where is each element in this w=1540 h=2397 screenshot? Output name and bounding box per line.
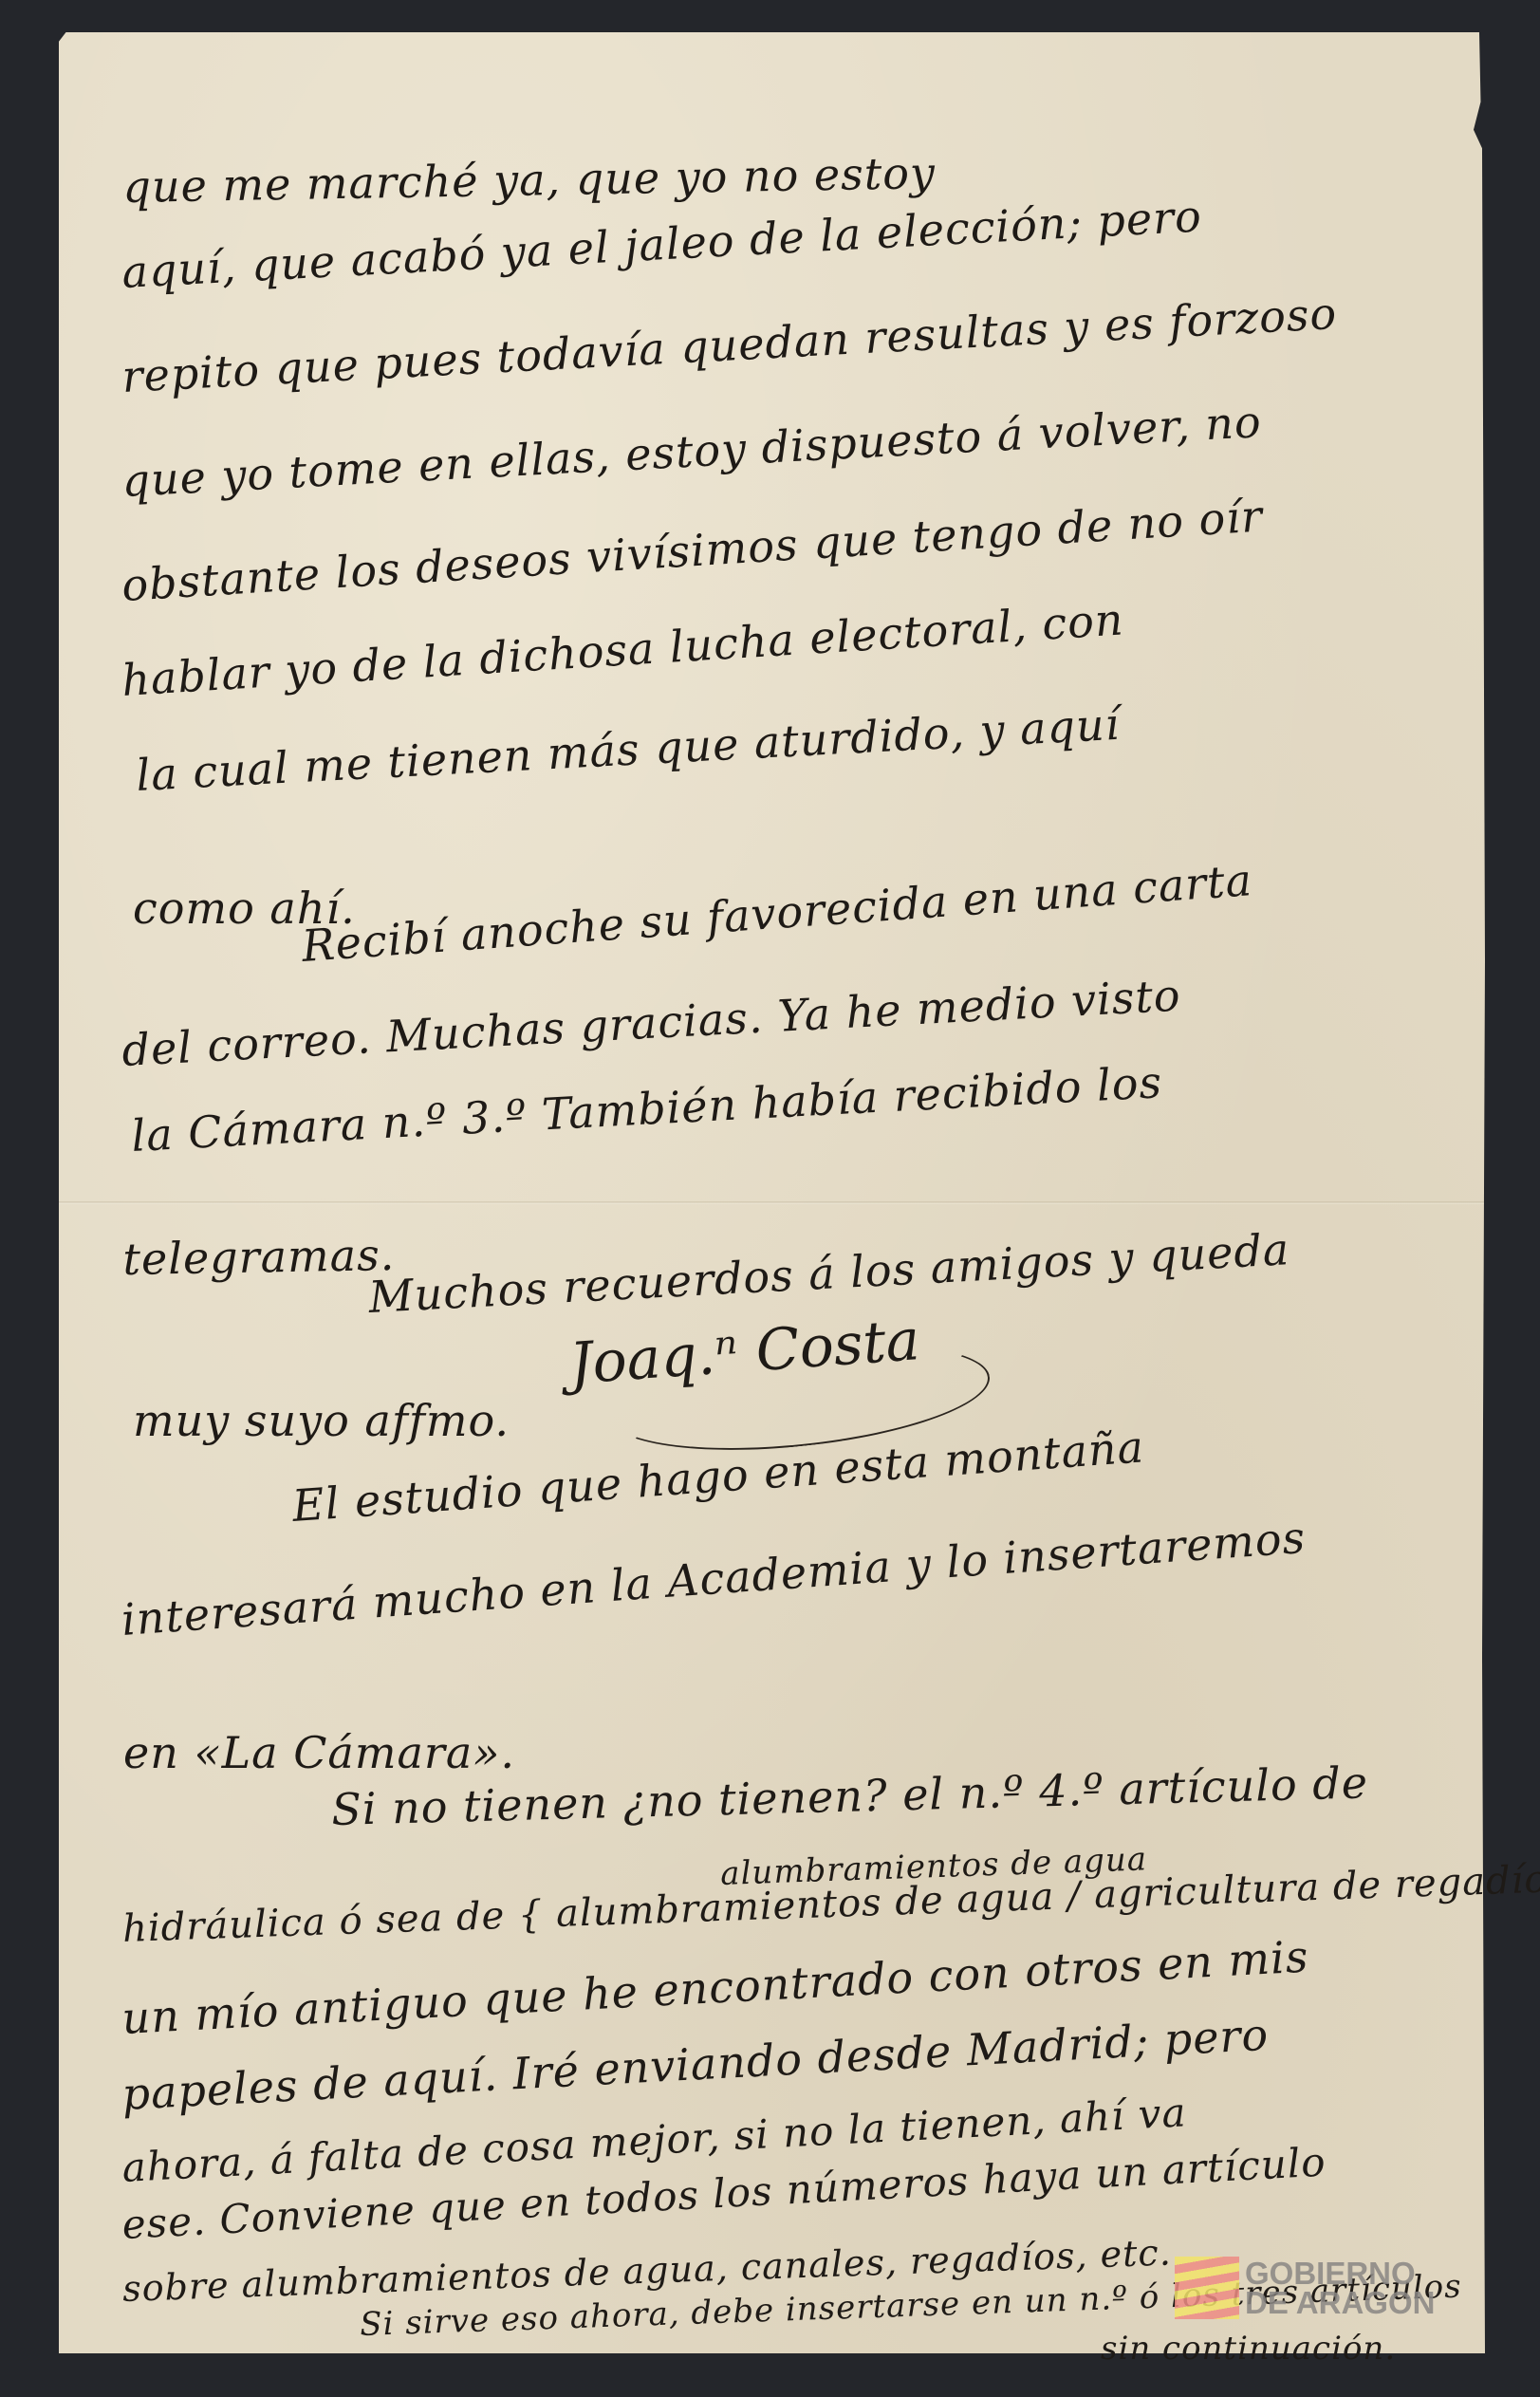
gobierno-de-aragon-watermark: GOBIERNO DE ARAGON	[1175, 2257, 1435, 2319]
watermark-line-1: GOBIERNO	[1245, 2258, 1435, 2288]
watermark-text: GOBIERNO DE ARAGON	[1245, 2258, 1435, 2317]
watermark-line-2: DE ARAGON	[1245, 2288, 1435, 2317]
aragon-flag-icon	[1175, 2257, 1239, 2319]
postscript-line: sin continuación.	[1101, 2330, 1396, 2368]
letter-line: muy suyo affmo.	[133, 1395, 510, 1446]
fold-crease	[59, 1201, 1485, 1204]
postscript-line: en «La Cámara».	[123, 1727, 515, 1778]
letter-line: telegramas.	[122, 1229, 396, 1285]
